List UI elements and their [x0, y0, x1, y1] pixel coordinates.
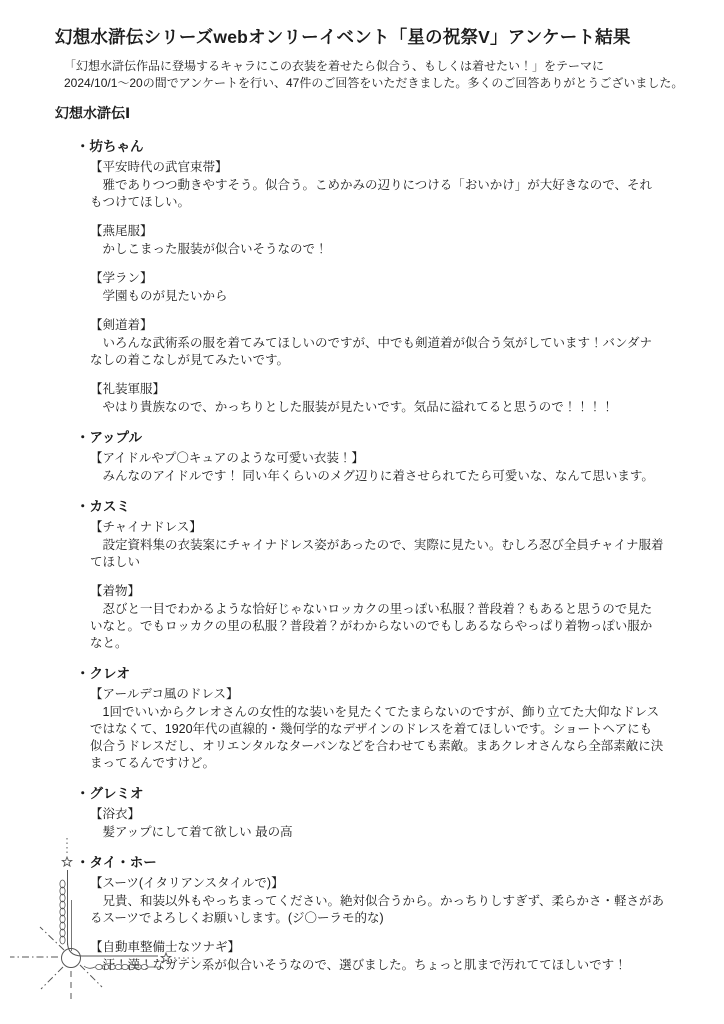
intro-paragraph: 「幻想水滸伝作品に登場するキャラにこの衣装を着せたら似合う、もしくは着せたい！」… — [64, 58, 669, 92]
outfit-label: 【着物】 — [90, 583, 664, 600]
intro-line-2: 2024/10/1～20の間でアンケートを行い、47件のご回答をいただきました。… — [64, 75, 669, 92]
outfit-entry: 【剣道着】 いろんな武術系の服を着てみてほしいのですが、中でも剣道着が似合う気が… — [90, 317, 664, 369]
outfit-label: 【剣道着】 — [90, 317, 664, 334]
outfit-comment: いろんな武術系の服を着てみてほしいのですが、中でも剣道着が似合う気がしています！… — [90, 335, 664, 369]
outfit-entry: 【スーツ(イタリアンスタイルで)】 兄貴、和装以外もやっちまってください。絶対似… — [90, 875, 664, 927]
outfit-list: 【浴衣】 髪アップにして着て欲しい 最の高 — [90, 806, 669, 841]
character-entry: アップル 【アイドルやプ〇キュアのような可愛い衣装！】 みんなのアイドルです！ … — [76, 428, 669, 485]
outfit-label: 【平安時代の武官束帯】 — [90, 159, 664, 176]
outfit-entry: 【燕尾服】 かしこまった服装が似合いそうなので！ — [90, 223, 664, 258]
outfit-label: 【燕尾服】 — [90, 223, 664, 240]
character-entry: カスミ 【チャイナドレス】 設定資料集の衣装案にチャイナドレス姿があったので、実… — [76, 497, 669, 652]
outfit-entry: 【チャイナドレス】 設定資料集の衣装案にチャイナドレス姿があったので、実際に見た… — [90, 519, 664, 571]
page-title: 幻想水滸伝シリーズwebオンリーイベント「星の祝祭V」アンケート結果 — [55, 26, 669, 49]
outfit-entry: 【着物】 忍びと一目でわかるような恰好じゃないロッカクの里っぽい私服？普段着？も… — [90, 583, 664, 652]
outfit-list: 【アールデコ風のドレス】 1回でいいからクレオさんの女性的な装いを見たくてたまら… — [90, 686, 669, 772]
character-name: カスミ — [76, 497, 669, 516]
outfit-label: 【チャイナドレス】 — [90, 519, 664, 536]
character-entry: タイ・ホー 【スーツ(イタリアンスタイルで)】 兄貴、和装以外もやっちまってくだ… — [76, 853, 669, 974]
character-entry: グレミオ 【浴衣】 髪アップにして着て欲しい 最の高 — [76, 784, 669, 841]
outfit-entry: 【学ラン】 学園ものが見たいから — [90, 270, 664, 305]
outfit-label: 【礼装軍服】 — [90, 381, 664, 398]
outfit-comment: 髪アップにして着て欲しい 最の高 — [90, 824, 664, 841]
outfit-label: 【スーツ(イタリアンスタイルで)】 — [90, 875, 664, 892]
outfit-label: 【自動車整備士なツナギ】 — [90, 939, 664, 956]
outfit-comment: かしこまった服装が似合いそうなので！ — [90, 241, 664, 258]
outfit-entry: 【浴衣】 髪アップにして着て欲しい 最の高 — [90, 806, 664, 841]
outfit-entry: 【平安時代の武官束帯】 雅でありつつ動きやすそう。似合う。こめかみの辺りにつける… — [90, 159, 664, 211]
character-name: アップル — [76, 428, 669, 447]
outfit-label: 【アールデコ風のドレス】 — [90, 686, 664, 703]
outfit-entry: 【礼装軍服】 やはり貴族なので、かっちりとした服装が見たいです。気品に溢れてると… — [90, 381, 664, 416]
outfit-label: 【アイドルやプ〇キュアのような可愛い衣装！】 — [90, 450, 664, 467]
document-body: 幻想水滸伝シリーズwebオンリーイベント「星の祝祭V」アンケート結果 「幻想水滸… — [55, 26, 669, 986]
character-name: クレオ — [76, 664, 669, 683]
character-entry: クレオ 【アールデコ風のドレス】 1回でいいからクレオさんの女性的な装いを見たく… — [76, 664, 669, 772]
outfit-comment: 1回でいいからクレオさんの女性的な装いを見たくてたまらないのですが、飾り立てた大… — [90, 704, 664, 772]
outfit-comment: やはり貴族なので、かっちりとした服装が見たいです。気品に溢れてると思うので！！！… — [90, 399, 664, 416]
intro-line-1: 「幻想水滸伝作品に登場するキャラにこの衣装を着せたら似合う、もしくは着せたい！」… — [64, 58, 669, 75]
character-name: タイ・ホー — [76, 853, 669, 872]
outfit-comment: 学園ものが見たいから — [90, 288, 664, 305]
character-name: 坊ちゃん — [76, 137, 669, 156]
document-page: 幻想水滸伝シリーズwebオンリーイベント「星の祝祭V」アンケート結果 「幻想水滸… — [0, 0, 724, 1024]
outfit-label: 【浴衣】 — [90, 806, 664, 823]
character-entry: 坊ちゃん 【平安時代の武官束帯】 雅でありつつ動きやすそう。似合う。こめかみの辺… — [76, 137, 669, 416]
outfit-comment: 汗！漢！なガテン系が似合いそうなので、選びました。ちょっと肌まで汚れててほしいで… — [90, 957, 664, 974]
outfit-list: 【アイドルやプ〇キュアのような可愛い衣装！】 みんなのアイドルです！ 同い年くら… — [90, 450, 669, 485]
outfit-label: 【学ラン】 — [90, 270, 664, 287]
section-heading: 幻想水滸伝Ⅰ — [55, 104, 669, 123]
outfit-comment: 雅でありつつ動きやすそう。似合う。こめかみの辺りにつける「おいかけ」が大好きなの… — [90, 177, 664, 211]
outfit-list: 【チャイナドレス】 設定資料集の衣装案にチャイナドレス姿があったので、実際に見た… — [90, 519, 669, 652]
outfit-comment: 忍びと一目でわかるような恰好じゃないロッカクの里っぽい私服？普段着？もあると思う… — [90, 601, 664, 652]
outfit-list: 【平安時代の武官束帯】 雅でありつつ動きやすそう。似合う。こめかみの辺りにつける… — [90, 159, 669, 416]
outfit-entry: 【アールデコ風のドレス】 1回でいいからクレオさんの女性的な装いを見たくてたまら… — [90, 686, 664, 772]
outfit-list: 【スーツ(イタリアンスタイルで)】 兄貴、和装以外もやっちまってください。絶対似… — [90, 875, 669, 974]
outfit-entry: 【アイドルやプ〇キュアのような可愛い衣装！】 みんなのアイドルです！ 同い年くら… — [90, 450, 664, 485]
outfit-entry: 【自動車整備士なツナギ】 汗！漢！なガテン系が似合いそうなので、選びました。ちょ… — [90, 939, 664, 974]
outfit-comment: 兄貴、和装以外もやっちまってください。絶対似合うから。かっちりしすぎず、柔らかさ… — [90, 893, 664, 927]
character-list: 坊ちゃん 【平安時代の武官束帯】 雅でありつつ動きやすそう。似合う。こめかみの辺… — [55, 137, 669, 974]
character-name: グレミオ — [76, 784, 669, 803]
outfit-comment: みんなのアイドルです！ 同い年くらいのメグ辺りに着させられてたら可愛いな、なんて… — [90, 468, 664, 485]
outfit-comment: 設定資料集の衣装案にチャイナドレス姿があったので、実際に見たい。むしろ忍び全員チ… — [90, 537, 664, 571]
